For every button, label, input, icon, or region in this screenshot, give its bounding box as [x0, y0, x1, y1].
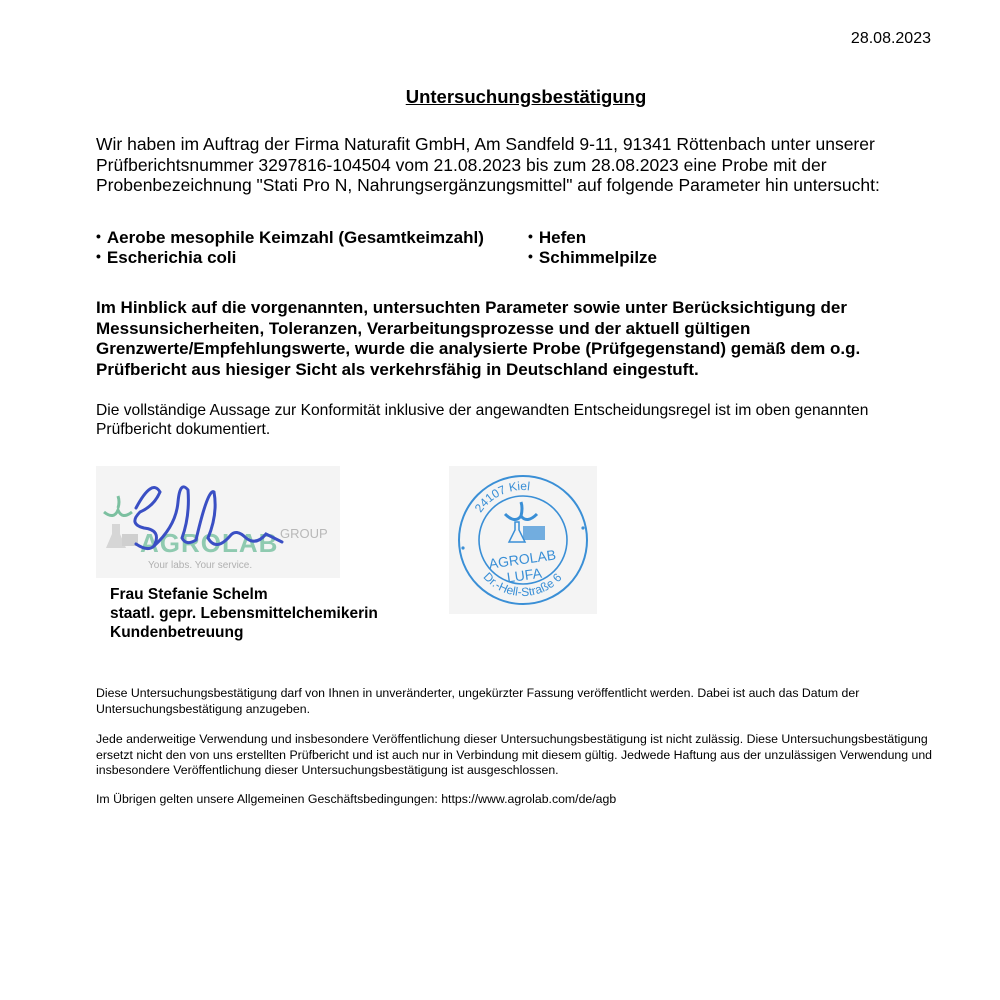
parameter-item: •Aerobe mesophile Keimzahl (Gesamtkeimza…	[96, 228, 484, 249]
document-date: 28.08.2023	[851, 30, 931, 48]
stamp-icon: 24107 Kiel Dr.-Hell-Straße 6 AGROLAB LUF…	[449, 466, 597, 614]
svg-text:Your labs. Your service.: Your labs. Your service.	[148, 560, 252, 571]
svg-text:GROUP: GROUP	[280, 526, 328, 541]
signer-department: Kundenbetreuung	[110, 623, 378, 642]
publication-note: Diese Untersuchungsbestätigung darf von …	[96, 686, 946, 717]
parameter-item: •Hefen	[528, 228, 586, 249]
agrolab-logo-icon: AGROLAB GROUP Your labs. Your service.	[96, 466, 340, 578]
parameter-item: •Schimmelpilze	[528, 248, 657, 269]
terms-note: Im Übrigen gelten unsere Allgemeinen Ges…	[96, 792, 946, 808]
signature-image: AGROLAB GROUP Your labs. Your service.	[96, 466, 340, 578]
bullet-icon: •	[96, 248, 101, 264]
conformity-paragraph: Die vollständige Aussage zur Konformität…	[96, 401, 936, 439]
conclusion-paragraph: Im Hinblick auf die vorgenannten, unters…	[96, 298, 936, 380]
intro-paragraph: Wir haben im Auftrag der Firma Naturafit…	[96, 134, 936, 196]
signer-qualification: staatl. gepr. Lebensmittelchemikerin	[110, 604, 378, 623]
signer-block: Frau Stefanie Schelm staatl. gepr. Leben…	[110, 585, 378, 642]
parameter-item: •Escherichia coli	[96, 248, 236, 269]
agrolab-lufa-stamp: 24107 Kiel Dr.-Hell-Straße 6 AGROLAB LUF…	[449, 466, 597, 614]
bullet-icon: •	[96, 228, 101, 244]
restriction-note: Jede anderweitige Verwendung und insbeso…	[96, 732, 946, 779]
signer-name: Frau Stefanie Schelm	[110, 585, 378, 604]
bullet-icon: •	[528, 228, 533, 244]
document-title: Untersuchungsbestätigung	[0, 86, 1000, 108]
bullet-icon: •	[528, 248, 533, 264]
